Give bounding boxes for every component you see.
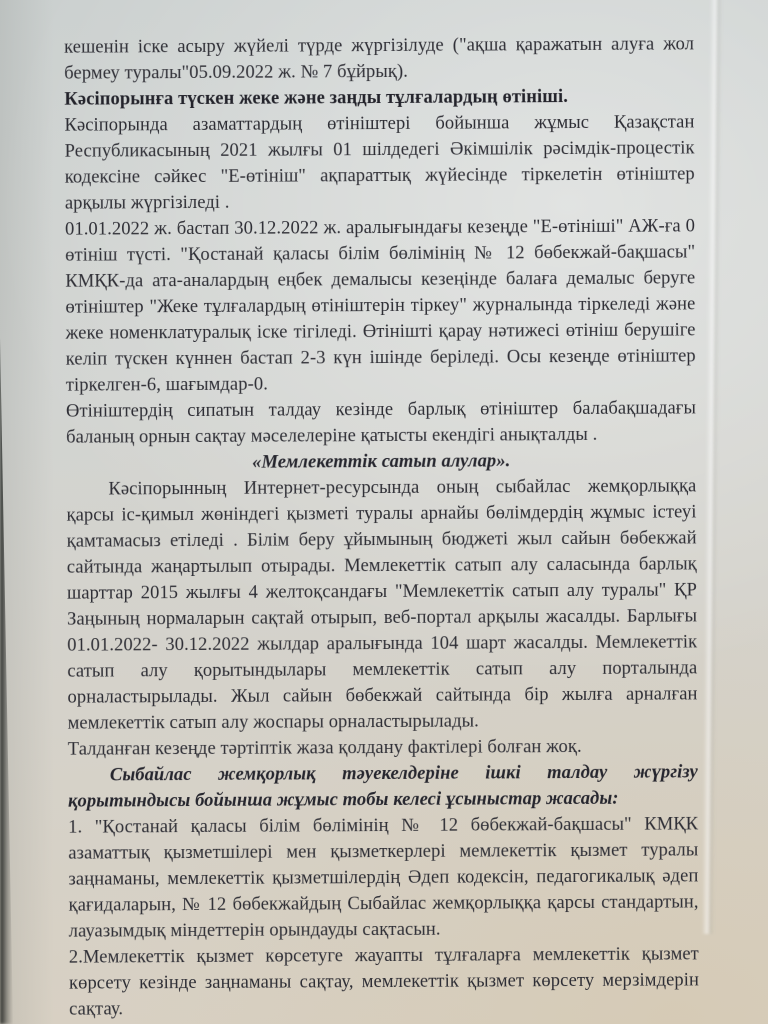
heading-working-group-recommendations: Сыбайлас жемқорлық тәуекелдеріне ішкі та… [68, 759, 698, 814]
paragraph-procurement-details: Кәсіпорынның Интернет-ресурсында оның сы… [66, 473, 697, 736]
heading-applications-section: Кәсіпорынға түскен жеке және заңды тұлға… [64, 83, 694, 112]
document-page: кешенін іске асыру жүйелі түрде жүргізіл… [0, 0, 768, 1024]
paragraph-order-continuation: кешенін іске асыру жүйелі түрде жүргізіл… [64, 31, 694, 86]
document-photo: кешенін іске асыру жүйелі түрде жүргізіл… [0, 0, 768, 1024]
paragraph-reporting-period: 01.01.2022 ж. бастап 30.12.2022 ж. аралы… [65, 213, 696, 398]
paragraph-recommendation-1: 1. "Қостанай қаласы білім бөлімінің № 12… [68, 811, 699, 944]
paragraph-applications-analysis: Өтініштердің сипатын талдау кезінде барл… [66, 395, 696, 450]
paragraph-recommendation-2: 2.Мемлекеттік қызмет көрсетуге жауапты т… [69, 941, 699, 1022]
paragraph-no-disciplinary-facts: Талданған кезеңде тәртіптік жаза қолдану… [68, 733, 698, 762]
heading-public-procurement: «Мемлекеттік сатып алулар». [66, 447, 696, 476]
paragraph-eotinish-system: Кәсіпорында азаматтардың өтініштері бойы… [64, 109, 695, 216]
